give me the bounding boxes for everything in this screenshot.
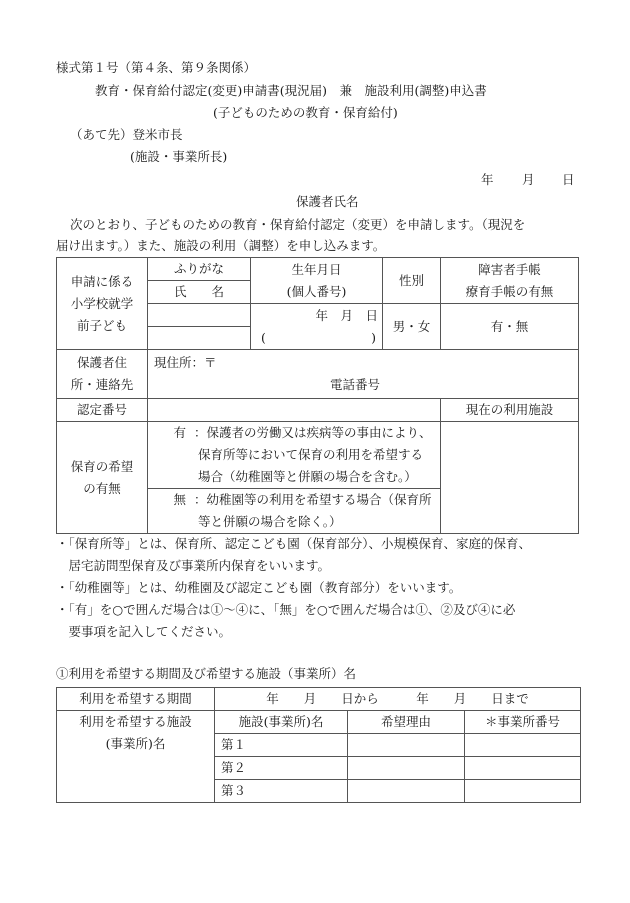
facility-choice-3[interactable]: 第３ (215, 780, 348, 803)
addressee: （あて先）登米市長 (70, 127, 183, 143)
name-field[interactable] (148, 327, 251, 350)
facility-choice-2[interactable]: 第２ (215, 757, 348, 780)
guardian-name-label: 保護者氏名 (296, 194, 359, 210)
form-subtitle: (子どものための教育・保育給付) (213, 105, 398, 121)
birth-header: 生年月日 (個人番号) (251, 258, 383, 304)
facility-choice-1[interactable]: 第１ (215, 734, 348, 757)
form-number: 様式第１号（第４条、第９条関係） (56, 60, 256, 76)
sex-header: 性別 (383, 258, 441, 304)
col-office-number: ＊事業所番号 (465, 711, 581, 734)
childcare-yes-option[interactable]: 有 ：保護者の労働又は疾病等の事由により、 保育所等において保育の利用を希望する… (148, 422, 441, 489)
form-title: 教育・保育給付認定(変更)申請書(現況届) 兼 施設利用(調整)申込書 (95, 83, 487, 99)
period-label: 利用を希望する期間 (57, 688, 215, 711)
furigana-field[interactable] (148, 304, 251, 327)
period-field[interactable]: 年 月 日から 年 月 日まで (215, 688, 581, 711)
furigana-header: ふりがな (148, 258, 251, 281)
note-2: ・「幼稚園等」とは、幼稚園及び認定こども園（教育部分）をいいます。 (56, 577, 461, 599)
col-reason: 希望理由 (348, 711, 465, 734)
sex-select[interactable]: 男・女 (383, 304, 441, 350)
note-3: ・「有」を○で囲んだ場合は①～④に、「無」を○で囲んだ場合は①、②及び④に必 (56, 599, 515, 621)
current-facility-label: 現在の利用施設 (441, 399, 579, 422)
facility-table: 利用を希望する期間 年 月 日から 年 月 日まで 利用を希望する施設 (事業所… (56, 687, 581, 803)
current-facility-field[interactable] (441, 422, 579, 534)
guardian-address-field[interactable]: 現住所：〒 電話番号 (148, 350, 579, 399)
childcare-wish-label: 保育の希望 の有無 (57, 422, 148, 534)
disability-header: 障害者手帳 療育手帳の有無 (441, 258, 579, 304)
name-header: 氏 名 (148, 281, 251, 304)
childcare-no-option[interactable]: 無 ：幼稚園等の利用を希望する場合（保育所 等と併願の場合を除く。） (148, 489, 441, 534)
guardian-address-label: 保護者住 所・連絡先 (57, 350, 148, 399)
col-facility-name: 施設(事業所)名 (215, 711, 348, 734)
addressee-facility: (施設・事業所長) (130, 149, 227, 165)
office-number-field-3[interactable] (465, 780, 581, 803)
note-3-cont: 要事項を記入してください。 (56, 621, 231, 643)
date-year: 年 (481, 172, 494, 188)
birthdate-field[interactable]: 年 月 日 () (251, 304, 383, 350)
note-1-cont: 居宅訪問型保育及び事業所内保育をいいます。 (56, 555, 330, 577)
cert-number-field[interactable] (148, 399, 441, 422)
date-month: 月 (522, 172, 535, 188)
facility-label: 利用を希望する施設 (事業所)名 (57, 711, 215, 803)
disability-select[interactable]: 有・無 (441, 304, 579, 350)
child-label-cell: 申請に係る 小学校就学 前子ども (57, 258, 148, 350)
office-number-field-1[interactable] (465, 734, 581, 757)
reason-field-2[interactable] (348, 757, 465, 780)
date-day: 日 (562, 172, 575, 188)
intro-line-2: 届け出ます。）また、施設の利用（調整）を申し込みます。 (56, 238, 385, 254)
intro-line-1: 次のとおり、子どものための教育・保育給付認定（変更）を申請します。（現況を (70, 217, 525, 233)
office-number-field-2[interactable] (465, 757, 581, 780)
reason-field-1[interactable] (348, 734, 465, 757)
cert-number-label: 認定番号 (57, 399, 148, 422)
application-table: 申請に係る 小学校就学 前子ども ふりがな 生年月日 (個人番号) 性別 障害者… (56, 257, 579, 534)
note-1: ・「保育所等」とは、保育所、認定こども園（保育部分）、小規模保育、家庭的保育、 (56, 533, 531, 555)
reason-field-3[interactable] (348, 780, 465, 803)
section1-title: ①利用を希望する期間及び希望する施設（事業所）名 (56, 666, 356, 682)
